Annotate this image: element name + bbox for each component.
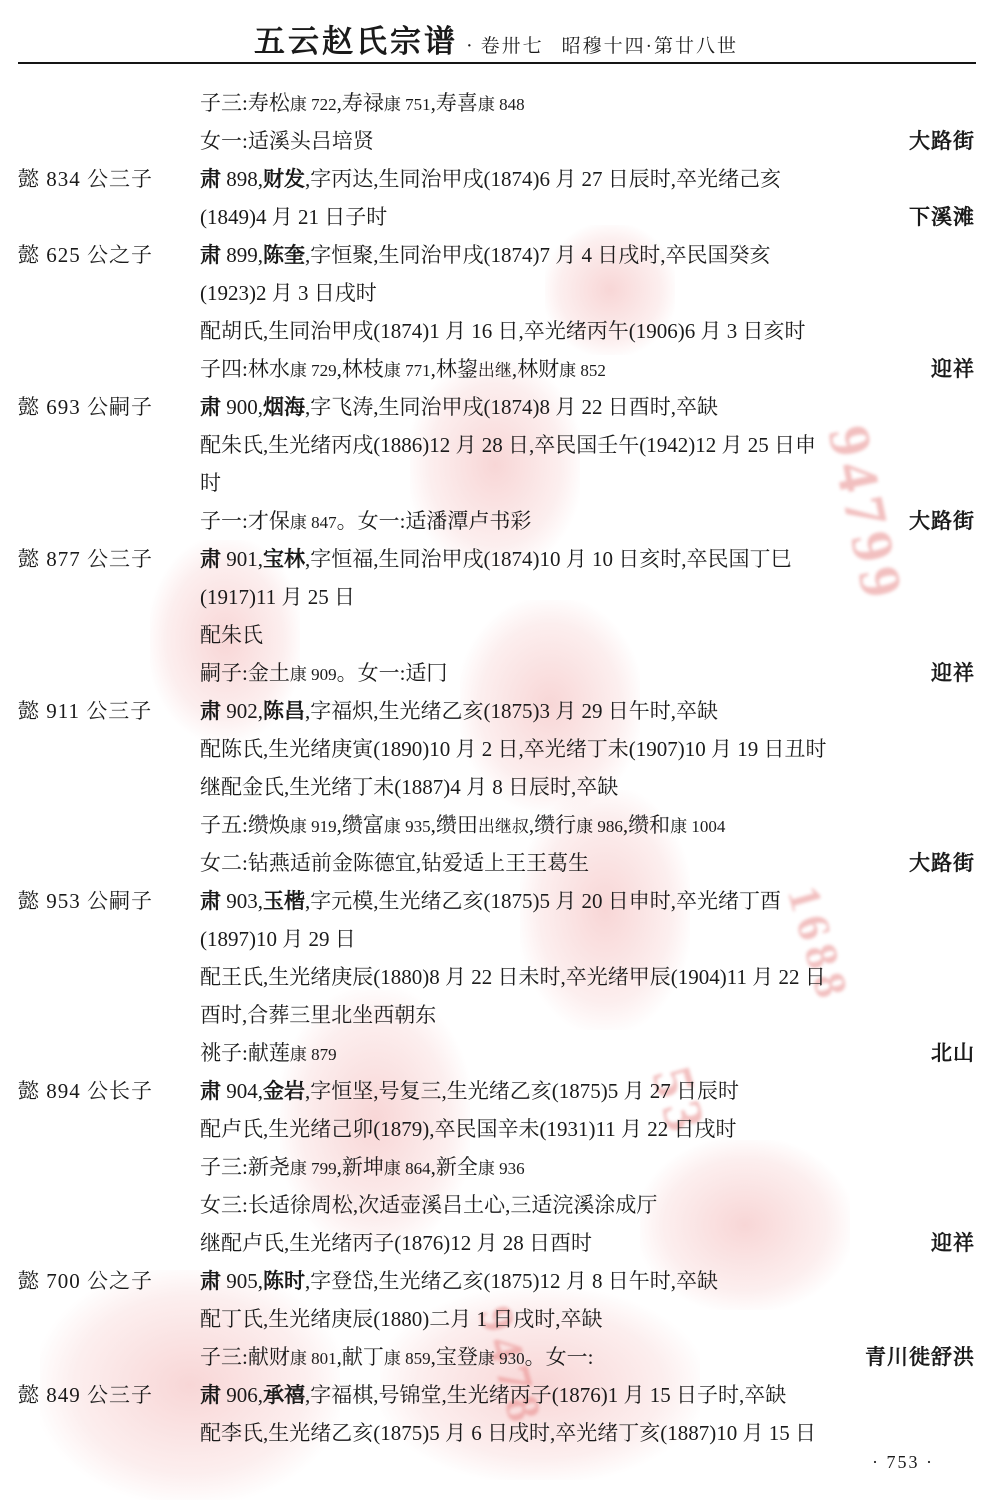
genealogy-line: 懿 953 公嗣子肃 903,玉楷,字元模,生光绪乙亥(1875)5 月 20 … bbox=[0, 882, 992, 920]
genealogy-line: 配胡氏,生同治甲戌(1874)1 月 16 日,卒光绪丙午(1906)6 月 3… bbox=[0, 312, 992, 350]
lineage-label: 懿 953 公嗣子 bbox=[18, 882, 153, 920]
entry-text: 女三:长适徐周松,次适壶溪吕土心,三适浣溪涂成厅 bbox=[200, 1193, 657, 1217]
genealogy-line: (1917)11 月 25 日 bbox=[0, 578, 992, 616]
entry-text: 配陈氏,生光绪庚寅(1890)10 月 2 日,卒光绪丁未(1907)10 月 … bbox=[200, 737, 826, 761]
place-label: 大路街 bbox=[909, 502, 975, 540]
entry-text: (1923)2 月 3 日戌时 bbox=[200, 281, 377, 305]
genealogy-line: 懿 700 公之子肃 905,陈时,字登岱,生光绪乙亥(1875)12 月 8 … bbox=[0, 1262, 992, 1300]
book-title: 五云赵氏宗谱 bbox=[254, 24, 458, 59]
place-label: 青川徙舒洪 bbox=[865, 1338, 975, 1376]
genealogy-line: 子三:献财康 801,献丁康 859,宝登康 930。女一:青川徙舒洪 bbox=[0, 1338, 992, 1376]
entry-text: (1849)4 月 21 日子时 bbox=[200, 205, 387, 229]
genealogy-line: 懿 849 公三子肃 906,承禧,字福棋,号锦堂,生光绪丙子(1876)1 月… bbox=[0, 1376, 992, 1414]
genealogy-line: 配朱氏 bbox=[0, 616, 992, 654]
entry-text: 肃 903,玉楷,字元模,生光绪乙亥(1875)5 月 20 日申时,卒光绪丁酉 bbox=[200, 889, 781, 913]
entry-text: 配朱氏,生光绪丙戌(1886)12 月 28 日,卒民国壬午(1942)12 月… bbox=[200, 433, 816, 457]
entry-text: 子四:林水康 729,林枝康 771,林鋆出继,林财康 852 bbox=[200, 357, 606, 381]
entry-text: 配丁氏,生光绪庚辰(1880)二月 1 日戌时,卒缺 bbox=[200, 1307, 603, 1331]
section-label: 昭穆十四·第廿八世 bbox=[562, 36, 738, 57]
place-label: 迎祥 bbox=[931, 1224, 975, 1262]
genealogy-line: 懿 877 公三子肃 901,宝林,字恒福,生同治甲戌(1874)10 月 10… bbox=[0, 540, 992, 578]
genealogy-line: 配卢氏,生光绪己卯(1879),卒民国辛未(1931)11 月 22 日戌时 bbox=[0, 1110, 992, 1148]
genealogy-line: 祧子:献莲康 879北山 bbox=[0, 1034, 992, 1072]
entry-text: 配胡氏,生同治甲戌(1874)1 月 16 日,卒光绪丙午(1906)6 月 3… bbox=[200, 319, 805, 343]
genealogy-line: 嗣子:金土康 909。女一:适冂迎祥 bbox=[0, 654, 992, 692]
genealogy-rows: 子三:寿松康 722,寿禄康 751,寿喜康 848女一:适溪头吕培贤大路街懿 … bbox=[0, 84, 992, 1452]
genealogy-line: 女二:钻燕适前金陈德宜,钻爱适上王王葛生大路街 bbox=[0, 844, 992, 882]
genealogy-line: 懿 894 公长子肃 904,金岩,字恒坚,号复三,生光绪乙亥(1875)5 月… bbox=[0, 1072, 992, 1110]
genealogy-line: 懿 625 公之子肃 899,陈奎,字恒聚,生同治甲戌(1874)7 月 4 日… bbox=[0, 236, 992, 274]
volume-label: 卷卅七 bbox=[481, 36, 544, 57]
genealogy-line: 子五:缵焕康 919,缵富康 935,缵田出继叔,缵行康 986,缵和康 100… bbox=[0, 806, 992, 844]
entry-text: 酉时,合葬三里北坐西朝东 bbox=[200, 1003, 436, 1027]
genealogy-line: 懿 693 公嗣子肃 900,烟海,字飞涛,生同治甲戌(1874)8 月 22 … bbox=[0, 388, 992, 426]
genealogy-line: 配陈氏,生光绪庚寅(1890)10 月 2 日,卒光绪丁未(1907)10 月 … bbox=[0, 730, 992, 768]
entry-text: (1897)10 月 29 日 bbox=[200, 927, 356, 951]
entry-text: 肃 905,陈时,字登岱,生光绪乙亥(1875)12 月 8 日午时,卒缺 bbox=[200, 1269, 718, 1293]
genealogy-line: 懿 911 公三子肃 902,陈昌,字福炽,生光绪乙亥(1875)3 月 29 … bbox=[0, 692, 992, 730]
genealogy-line: 配朱氏,生光绪丙戌(1886)12 月 28 日,卒民国壬午(1942)12 月… bbox=[0, 426, 992, 464]
header-divider bbox=[18, 62, 976, 64]
page-number: · 753 · bbox=[872, 1452, 934, 1473]
place-label: 迎祥 bbox=[931, 350, 975, 388]
entry-text: 女二:钻燕适前金陈德宜,钻爱适上王王葛生 bbox=[200, 851, 589, 875]
entry-text: 子三:献财康 801,献丁康 859,宝登康 930。女一: bbox=[200, 1345, 593, 1369]
entry-text: 女一:适溪头吕培贤 bbox=[200, 129, 374, 153]
genealogy-line: 配王氏,生光绪庚辰(1880)8 月 22 日未时,卒光绪甲辰(1904)11 … bbox=[0, 958, 992, 996]
entry-text: 配王氏,生光绪庚辰(1880)8 月 22 日未时,卒光绪甲辰(1904)11 … bbox=[200, 965, 826, 989]
place-label: 北山 bbox=[931, 1034, 975, 1072]
lineage-label: 懿 693 公嗣子 bbox=[18, 388, 153, 426]
entry-text: 肃 898,财发,字丙达,生同治甲戌(1874)6 月 27 日辰时,卒光绪己亥 bbox=[200, 167, 781, 191]
entry-text: 肃 904,金岩,字恒坚,号复三,生光绪乙亥(1875)5 月 27 日辰时 bbox=[200, 1079, 739, 1103]
genealogy-line: 子三:新尧康 799,新坤康 864,新全康 936 bbox=[0, 1148, 992, 1186]
genealogy-line: 配李氏,生光绪乙亥(1875)5 月 6 日戌时,卒光绪丁亥(1887)10 月… bbox=[0, 1414, 992, 1452]
entry-text: 祧子:献莲康 879 bbox=[200, 1041, 337, 1065]
genealogy-line: (1849)4 月 21 日子时下溪滩 bbox=[0, 198, 992, 236]
entry-text: 肃 899,陈奎,字恒聚,生同治甲戌(1874)7 月 4 日戌时,卒民国癸亥 bbox=[200, 243, 771, 267]
entry-text: 继配金氏,生光绪丁未(1887)4 月 8 日辰时,卒缺 bbox=[200, 775, 618, 799]
entry-text: 嗣子:金土康 909。女一:适冂 bbox=[200, 661, 447, 685]
place-label: 迎祥 bbox=[931, 654, 975, 692]
entry-text: 肃 901,宝林,字恒福,生同治甲戌(1874)10 月 10 日亥时,卒民国丁… bbox=[200, 547, 792, 571]
genealogy-line: 女一:适溪头吕培贤大路街 bbox=[0, 122, 992, 160]
lineage-label: 懿 625 公之子 bbox=[18, 236, 153, 274]
entry-text: 子五:缵焕康 919,缵富康 935,缵田出继叔,缵行康 986,缵和康 100… bbox=[200, 813, 725, 837]
lineage-label: 懿 849 公三子 bbox=[18, 1376, 153, 1414]
lineage-label: 懿 834 公三子 bbox=[18, 160, 153, 198]
entry-text: 肃 900,烟海,字飞涛,生同治甲戌(1874)8 月 22 日酉时,卒缺 bbox=[200, 395, 718, 419]
place-label: 大路街 bbox=[909, 122, 975, 160]
genealogy-line: 配丁氏,生光绪庚辰(1880)二月 1 日戌时,卒缺 bbox=[0, 1300, 992, 1338]
entry-text: 子一:才保康 847。女一:适潘潭卢书彩 bbox=[200, 509, 531, 533]
entry-text: 肃 906,承禧,字福棋,号锦堂,生光绪丙子(1876)1 月 15 日子时,卒… bbox=[200, 1383, 786, 1407]
entry-text: 子三:寿松康 722,寿禄康 751,寿喜康 848 bbox=[200, 91, 525, 115]
genealogy-line: 子一:才保康 847。女一:适潘潭卢书彩大路街 bbox=[0, 502, 992, 540]
lineage-label: 懿 877 公三子 bbox=[18, 540, 153, 578]
place-label: 下溪滩 bbox=[909, 198, 975, 236]
lineage-label: 懿 894 公长子 bbox=[18, 1072, 153, 1110]
place-label: 大路街 bbox=[909, 844, 975, 882]
entry-text: 子三:新尧康 799,新坤康 864,新全康 936 bbox=[200, 1155, 525, 1179]
entry-text: 配李氏,生光绪乙亥(1875)5 月 6 日戌时,卒光绪丁亥(1887)10 月… bbox=[200, 1421, 816, 1445]
title-separator-dot: · bbox=[466, 35, 473, 57]
genealogy-line: 时 bbox=[0, 464, 992, 502]
genealogy-line: 酉时,合葬三里北坐西朝东 bbox=[0, 996, 992, 1034]
genealogy-line: 继配卢氏,生光绪丙子(1876)12 月 28 日酉时迎祥 bbox=[0, 1224, 992, 1262]
genealogy-line: 继配金氏,生光绪丁未(1887)4 月 8 日辰时,卒缺 bbox=[0, 768, 992, 806]
genealogy-line: (1897)10 月 29 日 bbox=[0, 920, 992, 958]
entry-text: 肃 902,陈昌,字福炽,生光绪乙亥(1875)3 月 29 日午时,卒缺 bbox=[200, 699, 718, 723]
page-header: 五云赵氏宗谱·卷卅七昭穆十四·第廿八世 bbox=[0, 16, 992, 61]
genealogy-line: 子三:寿松康 722,寿禄康 751,寿喜康 848 bbox=[0, 84, 992, 122]
entry-text: 时 bbox=[200, 471, 221, 495]
genealogy-line: 懿 834 公三子肃 898,财发,字丙达,生同治甲戌(1874)6 月 27 … bbox=[0, 160, 992, 198]
genealogy-line: 女三:长适徐周松,次适壶溪吕土心,三适浣溪涂成厅 bbox=[0, 1186, 992, 1224]
genealogy-page: 五云赵氏宗谱·卷卅七昭穆十四·第廿八世 947991688539478 子三:寿… bbox=[0, 0, 992, 1512]
entry-text: 配朱氏 bbox=[200, 623, 263, 647]
lineage-label: 懿 911 公三子 bbox=[18, 692, 152, 730]
lineage-label: 懿 700 公之子 bbox=[18, 1262, 153, 1300]
entry-text: 配卢氏,生光绪己卯(1879),卒民国辛未(1931)11 月 22 日戌时 bbox=[200, 1117, 736, 1141]
genealogy-line: (1923)2 月 3 日戌时 bbox=[0, 274, 992, 312]
genealogy-line: 子四:林水康 729,林枝康 771,林鋆出继,林财康 852迎祥 bbox=[0, 350, 992, 388]
entry-text: (1917)11 月 25 日 bbox=[200, 585, 355, 609]
entry-text: 继配卢氏,生光绪丙子(1876)12 月 28 日酉时 bbox=[200, 1231, 592, 1255]
